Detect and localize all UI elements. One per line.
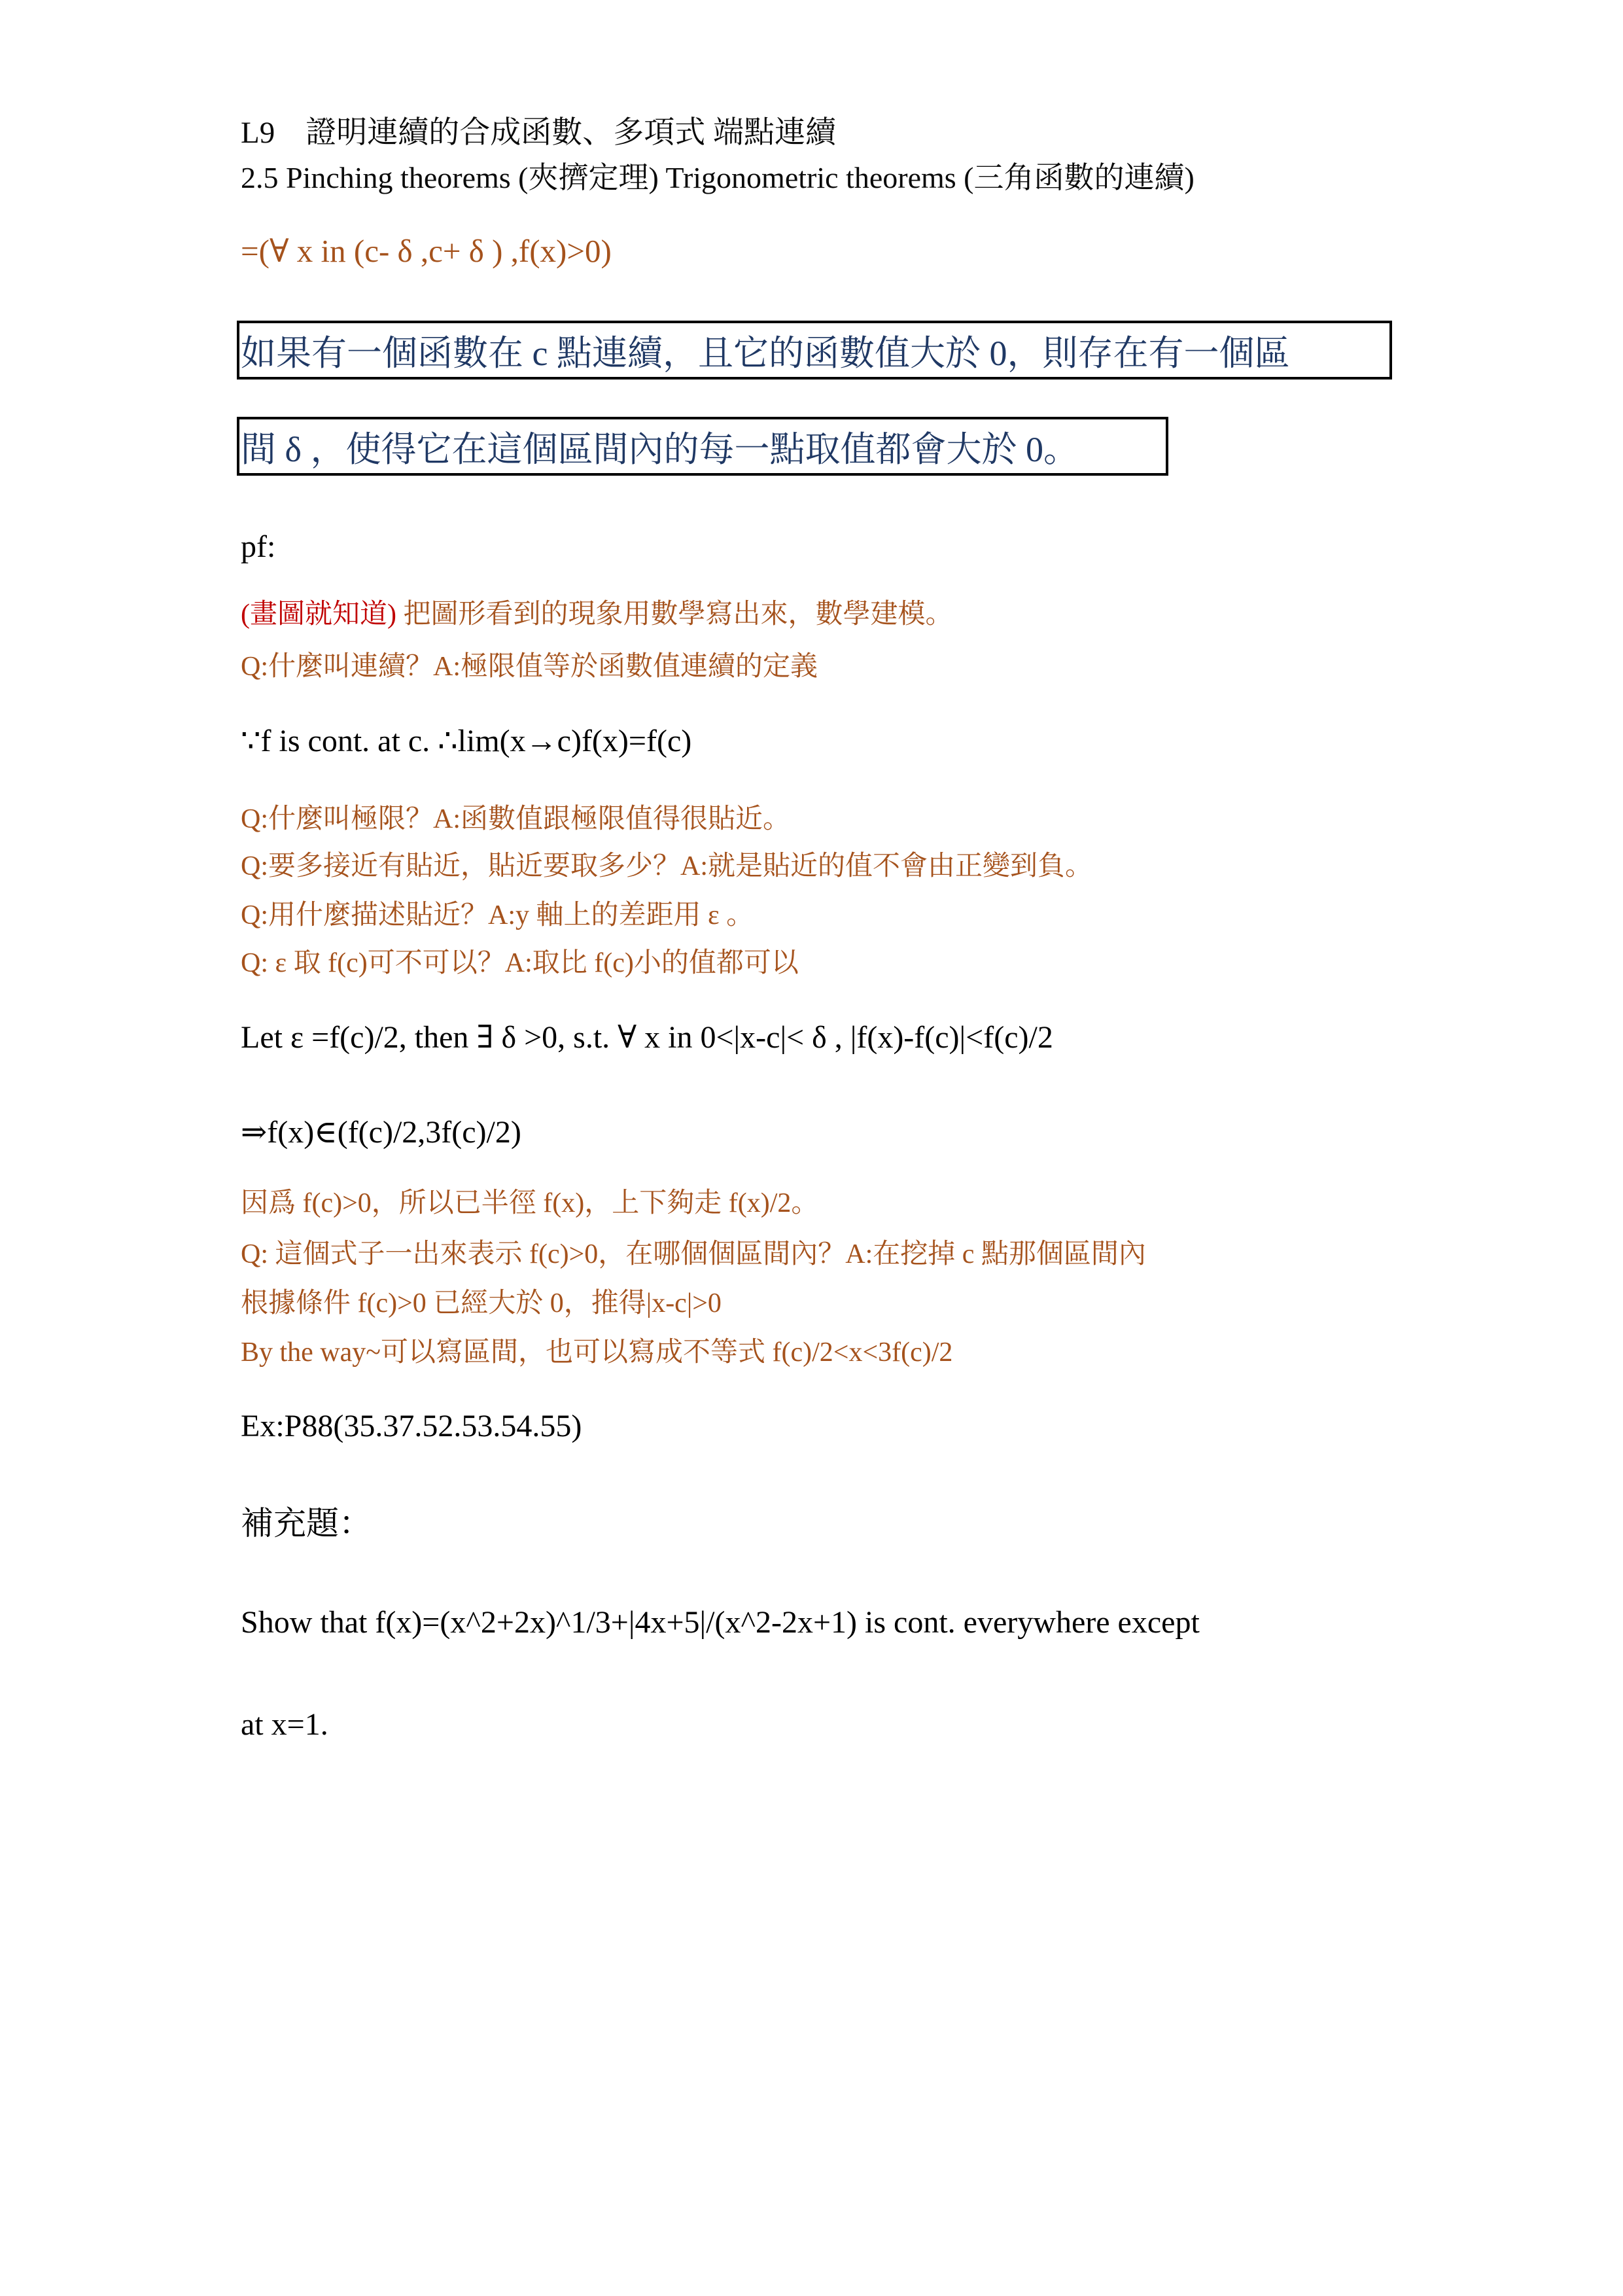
proof-label: pf: bbox=[241, 529, 275, 565]
exercise-reference: Ex:P88(35.37.52.53.54.55) bbox=[241, 1408, 582, 1444]
implies-statement: ⇒f(x)∈(f(c)/2,3f(c)/2) bbox=[241, 1114, 521, 1150]
byway-note: By the way~可以寫區間，也可以寫成不等式 f(c)/2<x<3f(c)… bbox=[241, 1337, 952, 1368]
problem-statement-line-2: at x=1. bbox=[241, 1706, 328, 1742]
quantifier-formula: =(∀ x in (c- δ ,c+ δ ) ,f(x)>0) bbox=[241, 233, 612, 270]
annotation-red-part: (畫圖就知道) bbox=[241, 599, 396, 629]
lesson-heading: L9 證明連續的合成函數、多項式 端點連續 bbox=[241, 115, 836, 150]
theorem-box-line-2: 間 δ ，使得它在這個區間內的每一點取值都會大於 0。 bbox=[237, 417, 1168, 476]
section-subheading: 2.5 Pinching theorems (夾擠定理) Trigonometr… bbox=[241, 161, 1195, 196]
reason-note: 因爲 f(c)>0，所以已半徑 f(x)，上下夠走 f(x)/2。 bbox=[241, 1188, 818, 1219]
problem-statement-line-1: Show that f(x)=(x^2+2x)^1/3+|4x+5|/(x^2-… bbox=[241, 1604, 1200, 1640]
qa-interval: Q: 這個式子一出來表示 f(c)>0，在哪個個區間內？A:在挖掉 c 點那個區… bbox=[241, 1239, 1146, 1270]
annotation-brown-part: 把圖形看到的現象用數學寫出來，數學建模。 bbox=[396, 599, 953, 629]
condition-note: 根據條件 f(c)>0 已經大於 0，推得|x-c|>0 bbox=[241, 1288, 722, 1319]
theorem-box-line-1: 如果有一個函數在 c 點連續，且它的函數值大於 0，則存在有一個區 bbox=[237, 321, 1392, 380]
theorem-text-line-1: 如果有一個函數在 c 點連續，且它的函數值大於 0，則存在有一個區 bbox=[239, 325, 1289, 376]
theorem-text-line-2: 間 δ ，使得它在這個區間內的每一點取值都會大於 0。 bbox=[239, 421, 1079, 472]
qa-continuity: Q:什麼叫連續？A:極限值等於函數值連續的定義 bbox=[241, 651, 818, 682]
continuity-statement: ∵f is cont. at c. ∴lim(x→c)f(x)=f(c) bbox=[241, 723, 691, 759]
let-epsilon-statement: Let ε =f(c)/2, then ∃ δ >0, s.t. ∀ x in … bbox=[241, 1019, 1053, 1055]
annotation-line: (畫圖就知道) 把圖形看到的現象用數學寫出來，數學建模。 bbox=[241, 599, 953, 630]
notes-page: L9 證明連續的合成函數、多項式 端點連續 2.5 Pinching theor… bbox=[0, 0, 1623, 2296]
qa-epsilon-description: Q:用什麼描述貼近？A:y 軸上的差距用 ε 。 bbox=[241, 900, 754, 931]
qa-epsilon-choice: Q: ε 取 f(c)可不可以？A:取比 f(c)小的值都可以 bbox=[241, 947, 799, 979]
qa-closeness: Q:要多接近有貼近，貼近要取多少？A:就是貼近的值不會由正變到負。 bbox=[241, 851, 1092, 882]
supplement-label: 補充題： bbox=[241, 1505, 372, 1543]
qa-limit: Q:什麼叫極限？A:函數值跟極限值得很貼近。 bbox=[241, 804, 790, 835]
